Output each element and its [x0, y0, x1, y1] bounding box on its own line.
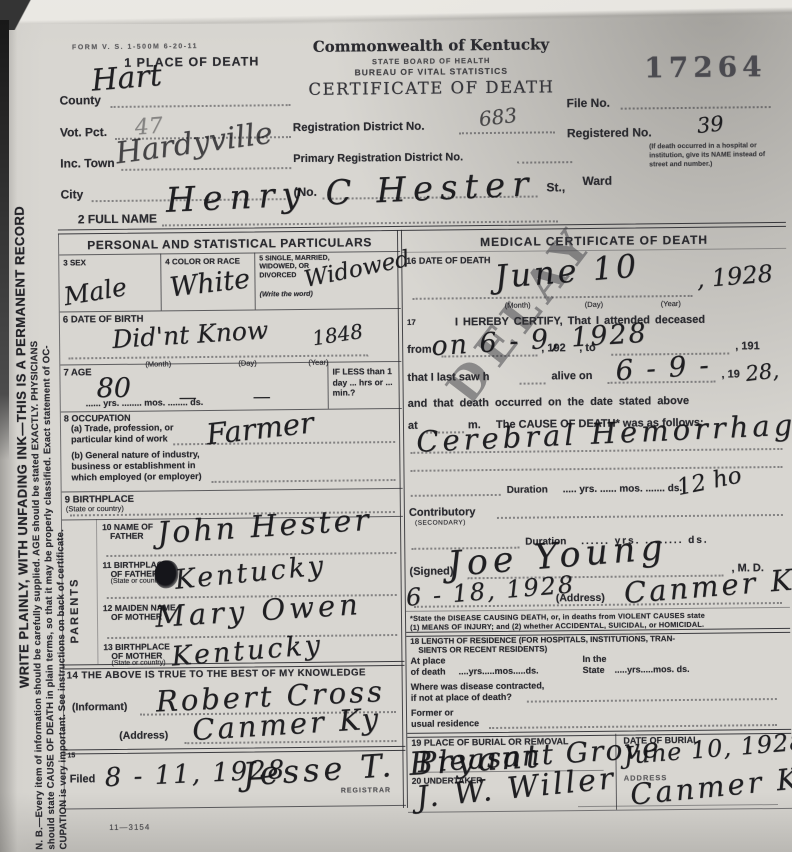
registration-district-value: 683	[478, 103, 519, 131]
contributory-label: Contributory	[409, 506, 476, 519]
dod-month-hint: (Month)	[505, 301, 531, 310]
attended-from-label: from	[407, 344, 432, 356]
occupation-value: Farmer	[204, 405, 315, 451]
personal-particulars-column: PERSONAL AND STATISTICAL PARTICULARS 3 S…	[58, 230, 406, 810]
print-code: 11—3154	[109, 823, 150, 832]
last-saw-mid-label: alive on	[551, 370, 592, 382]
dod-year-hint: (Year)	[661, 299, 681, 308]
race-value: White	[168, 263, 252, 303]
primary-district-label: Primary Registration District No.	[293, 151, 463, 165]
dotted-leader	[411, 494, 501, 497]
informant-label: (Informant)	[72, 701, 128, 714]
dotted-leader	[527, 698, 777, 703]
signed-address-label: (Address)	[556, 592, 605, 605]
if-less-note: IF LESS than 1 day ... hrs or ... min.?	[332, 366, 398, 399]
full-name-label: 2 FULL NAME	[78, 211, 157, 226]
certificate-title: CERTIFICATE OF DEATH	[294, 77, 568, 99]
where-contracted-line-2: if not at place of death?	[411, 692, 512, 703]
secondary-hint: (SECONDARY)	[415, 519, 466, 527]
inc-town-label: Inc. Town	[60, 156, 115, 171]
occupation-a-line1: (a) Trade, profession, or	[71, 422, 174, 433]
age-label: 7 AGE	[63, 367, 91, 378]
in-the-label-1: In the	[582, 654, 606, 664]
informant-address-label: (Address)	[119, 729, 168, 742]
occurred-statement: and that death occurred on the date stat…	[408, 395, 689, 410]
to-year-print: , 191	[735, 340, 760, 352]
father-name-value: John Hester	[156, 503, 373, 551]
filed-item-no: 15	[67, 752, 75, 759]
occupation-a-line2: particular kind of work	[71, 433, 168, 444]
date-of-death-label: 16 DATE OF DEATH	[406, 255, 490, 266]
at-place-label-1: At place	[410, 655, 445, 665]
marital-value: Widowed	[302, 246, 412, 293]
at-place-label-2: of death	[411, 666, 446, 676]
birthplace-hint: (State or country)	[66, 504, 124, 514]
scanned-death-certificate: WRITE PLAINLY, WITH UNFADING INK—THIS IS…	[0, 0, 792, 852]
dotted-leader	[459, 131, 555, 134]
rule-line	[62, 488, 403, 493]
personal-section-title: PERSONAL AND STATISTICAL PARTICULARS	[59, 235, 400, 253]
bureau-label: BUREAU OF VITAL STATISTICS	[304, 65, 558, 78]
medical-certificate-column: MEDICAL CERTIFICATE OF DEATH DELAY 16 DA…	[402, 226, 792, 813]
full-name-value: Henry C Hester	[165, 164, 536, 221]
street-label: St.,	[546, 180, 565, 194]
dotted-leader	[517, 161, 572, 164]
at-place-units: ....yrs.....mos.....ds.	[459, 666, 539, 677]
city-label: City	[60, 187, 83, 201]
father-birthplace-value: Kentucky	[173, 550, 327, 596]
certificate-sheet: WRITE PLAINLY, WITH UNFADING INK—THIS IS…	[0, 0, 792, 852]
registered-no-value: 39	[696, 111, 725, 137]
occupation-b-line1: (b) General nature of industry,	[71, 449, 199, 460]
dod-day-hint: (Day)	[585, 300, 603, 309]
vot-pct-label: Vot. Pct.	[60, 125, 107, 139]
registrar-label: REGISTRAR	[341, 787, 391, 795]
rule-line	[60, 361, 401, 366]
last-saw-year-hw: 28,	[744, 358, 780, 386]
rule-line	[61, 408, 402, 413]
commonwealth-title: Commonwealth of Kentucky	[304, 35, 558, 56]
occupation-label: 8 OCCUPATION	[64, 413, 131, 424]
dotted-leader	[520, 382, 546, 384]
last-saw-year-print: , 19	[721, 368, 739, 380]
dotted-leader	[212, 479, 396, 483]
last-saw-value: 6 - 9 -	[614, 348, 711, 387]
cell-divider	[327, 362, 328, 409]
registration-district-label: Registration District No.	[293, 121, 425, 134]
sex-value: Male	[62, 272, 129, 311]
dotted-leader	[621, 106, 771, 110]
former-residence-line-1: Former or	[411, 707, 454, 717]
registered-no-label: Registered No.	[567, 125, 652, 140]
parents-vertical-label: PARENTS	[69, 578, 82, 644]
age-months-dash: —	[179, 387, 197, 408]
date-of-death-year: , 1928	[695, 259, 773, 293]
in-the-label-2: State	[583, 665, 605, 675]
filed-label: Filed	[70, 773, 96, 785]
former-residence-line-2: usual residence	[411, 718, 479, 729]
duration-units: ..... yrs. ...... mos. ....... ds.	[563, 483, 683, 495]
date-of-death-value: June 10	[493, 246, 640, 295]
occupation-b-line2: business or establishment in	[71, 460, 195, 471]
where-contracted-line-1: Where was disease contracted,	[411, 680, 545, 691]
cell-divider	[96, 519, 99, 664]
cell-divider	[254, 252, 256, 309]
age-days-dash: —	[253, 386, 271, 407]
ward-label: Ward	[582, 174, 612, 188]
dotted-leader	[489, 724, 777, 729]
form-code: FORM V. S. 1-500M 6-20-11	[72, 43, 198, 51]
certificate-number-stamp: 17264	[644, 50, 767, 84]
item-17-number: 17	[407, 318, 416, 327]
dotted-leader	[497, 514, 783, 519]
dotted-leader	[121, 167, 291, 171]
dob-year-value: 1848	[311, 319, 365, 350]
occupation-b-line3: which employed (or employer)	[71, 471, 201, 482]
cell-divider	[160, 253, 162, 310]
residence-label-2: SIENTS OR RECENT RESIDENTS)	[418, 644, 547, 654]
county-value: Hart	[90, 58, 163, 99]
file-no-label: File No.	[567, 96, 610, 110]
last-saw-prefix: that I last saw h	[407, 371, 489, 384]
marital-hint: (Write the word)	[260, 291, 313, 299]
ward-note: (If death occurred in a hospital or inst…	[649, 142, 781, 170]
rule-line	[60, 308, 401, 313]
sex-label: 3 SEX	[63, 258, 86, 267]
duration-label: Duration	[507, 484, 548, 495]
in-the-units: .....yrs.....mos. ds.	[615, 664, 690, 675]
father-name-label-2: FATHER	[110, 531, 143, 541]
dotted-leader	[111, 104, 291, 108]
